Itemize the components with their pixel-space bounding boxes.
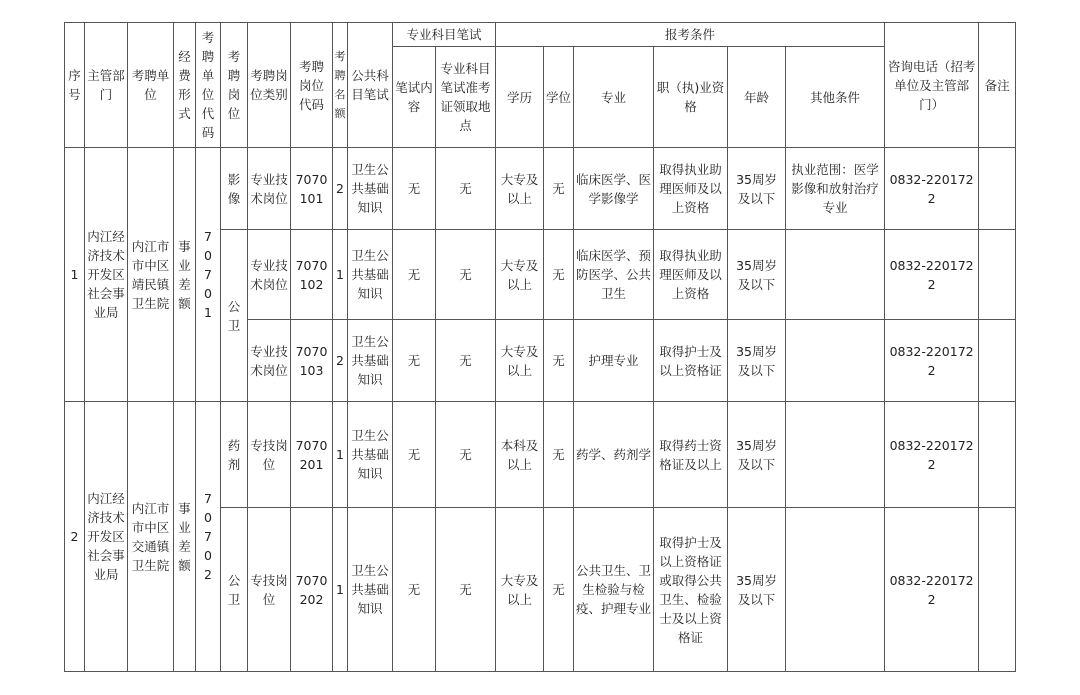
cell-position: 药剂 bbox=[221, 402, 248, 508]
cell-age: 35周岁及以下 bbox=[728, 148, 786, 230]
cell-position: 公卫 bbox=[221, 508, 248, 672]
cell-seq: 1 bbox=[65, 148, 85, 402]
cell-position-code: 7070201 bbox=[291, 402, 333, 508]
cell-major: 药学、药剂学 bbox=[574, 402, 654, 508]
cell-other: 执业范围：医学影像和放射治疗专业 bbox=[786, 148, 885, 230]
cell-other bbox=[786, 230, 885, 320]
cell-phone: 0832-2201722 bbox=[885, 230, 979, 320]
cell-public-exam: 卫生公共基础知识 bbox=[348, 508, 393, 672]
cell-education: 大专及以上 bbox=[496, 230, 544, 320]
cell-major: 公共卫生、卫生检验与检疫、护理专业 bbox=[574, 508, 654, 672]
cell-qualification: 取得护士及以上资格证或取得公共卫生、检验士及以上资格证 bbox=[654, 508, 728, 672]
cell-position: 公卫 bbox=[221, 230, 248, 402]
cell-quota: 2 bbox=[333, 148, 348, 230]
cell-major: 护理专业 bbox=[574, 320, 654, 402]
recruitment-table: 序号 主管部门 考聘单位 经费形式 考聘单位代码 考聘岗位 考聘岗位类别 考聘岗… bbox=[64, 22, 1016, 672]
cell-phone: 0832-2201722 bbox=[885, 508, 979, 672]
header-exam-ticket: 专业科目笔试准考证领取地点 bbox=[436, 47, 496, 148]
cell-qualification: 取得药士资格证及以上 bbox=[654, 402, 728, 508]
cell-position: 影像 bbox=[221, 148, 248, 230]
cell-degree: 无 bbox=[544, 320, 574, 402]
cell-age: 35周岁及以下 bbox=[728, 230, 786, 320]
header-phone: 咨询电话（招考单位及主管部门） bbox=[885, 23, 979, 148]
cell-education: 本科及以上 bbox=[496, 402, 544, 508]
cell-exam-content: 无 bbox=[393, 508, 436, 672]
cell-dept: 内江经济技术开发区社会事业局 bbox=[85, 402, 128, 672]
cell-quota: 1 bbox=[333, 402, 348, 508]
cell-education: 大专及以上 bbox=[496, 508, 544, 672]
table-row: 2 内江经济技术开发区社会事业局 内江市市中区交通镇卫生院 事业差额 70702… bbox=[65, 402, 1016, 508]
cell-age: 35周岁及以下 bbox=[728, 320, 786, 402]
cell-exam-content: 无 bbox=[393, 320, 436, 402]
cell-position-type: 专业技术岗位 bbox=[248, 320, 291, 402]
cell-position-type: 专业技术岗位 bbox=[248, 148, 291, 230]
cell-unit-code: 70702 bbox=[196, 402, 221, 672]
header-position-code: 考聘岗位代码 bbox=[291, 23, 333, 148]
cell-exam-content: 无 bbox=[393, 402, 436, 508]
cell-dept: 内江经济技术开发区社会事业局 bbox=[85, 148, 128, 402]
cell-unit: 内江市市中区靖民镇卫生院 bbox=[128, 148, 174, 402]
cell-position-code: 7070202 bbox=[291, 508, 333, 672]
cell-degree: 无 bbox=[544, 148, 574, 230]
cell-position-type: 专技岗位 bbox=[248, 508, 291, 672]
cell-public-exam: 卫生公共基础知识 bbox=[348, 148, 393, 230]
cell-position-type: 专技岗位 bbox=[248, 402, 291, 508]
header-qualification: 职（执)业资格 bbox=[654, 47, 728, 148]
cell-qualification: 取得护士及以上资格证 bbox=[654, 320, 728, 402]
cell-funding: 事业差额 bbox=[174, 402, 196, 672]
cell-ticket: 无 bbox=[436, 230, 496, 320]
cell-ticket: 无 bbox=[436, 402, 496, 508]
cell-qualification: 取得执业助理医师及以上资格 bbox=[654, 148, 728, 230]
cell-ticket: 无 bbox=[436, 320, 496, 402]
cell-remark bbox=[979, 230, 1016, 320]
header-unit-code: 考聘单位代码 bbox=[196, 23, 221, 148]
cell-other bbox=[786, 508, 885, 672]
cell-public-exam: 卫生公共基础知识 bbox=[348, 230, 393, 320]
cell-major: 临床医学、预防医学、公共卫生 bbox=[574, 230, 654, 320]
cell-ticket: 无 bbox=[436, 148, 496, 230]
cell-education: 大专及以上 bbox=[496, 320, 544, 402]
header-degree: 学位 bbox=[544, 47, 574, 148]
header-quota: 考聘名额 bbox=[333, 23, 348, 148]
cell-other bbox=[786, 402, 885, 508]
cell-unit-code: 70701 bbox=[196, 148, 221, 402]
cell-degree: 无 bbox=[544, 402, 574, 508]
header-prof-exam-group: 专业科目笔试 bbox=[393, 23, 496, 47]
header-major: 专业 bbox=[574, 47, 654, 148]
cell-degree: 无 bbox=[544, 508, 574, 672]
header-position-type: 考聘岗位类别 bbox=[248, 23, 291, 148]
cell-position-type: 专业技术岗位 bbox=[248, 230, 291, 320]
header-exam-content: 笔试内容 bbox=[393, 47, 436, 148]
header-conditions-group: 报考条件 bbox=[496, 23, 885, 47]
cell-position-code: 7070101 bbox=[291, 148, 333, 230]
cell-qualification: 取得执业助理医师及以上资格 bbox=[654, 230, 728, 320]
header-position: 考聘岗位 bbox=[221, 23, 248, 148]
header-age: 年龄 bbox=[728, 47, 786, 148]
cell-quota: 1 bbox=[333, 230, 348, 320]
header-row-1: 序号 主管部门 考聘单位 经费形式 考聘单位代码 考聘岗位 考聘岗位类别 考聘岗… bbox=[65, 23, 1016, 47]
cell-seq: 2 bbox=[65, 402, 85, 672]
header-other: 其他条件 bbox=[786, 47, 885, 148]
cell-degree: 无 bbox=[544, 230, 574, 320]
cell-position-code: 7070102 bbox=[291, 230, 333, 320]
cell-position-code: 7070103 bbox=[291, 320, 333, 402]
header-seq: 序号 bbox=[65, 23, 85, 148]
cell-ticket: 无 bbox=[436, 508, 496, 672]
header-education: 学历 bbox=[496, 47, 544, 148]
cell-public-exam: 卫生公共基础知识 bbox=[348, 402, 393, 508]
cell-quota: 2 bbox=[333, 320, 348, 402]
cell-exam-content: 无 bbox=[393, 230, 436, 320]
cell-age: 35周岁及以下 bbox=[728, 508, 786, 672]
cell-education: 大专及以上 bbox=[496, 148, 544, 230]
cell-age: 35周岁及以下 bbox=[728, 402, 786, 508]
cell-unit: 内江市市中区交通镇卫生院 bbox=[128, 402, 174, 672]
cell-exam-content: 无 bbox=[393, 148, 436, 230]
table-row: 1 内江经济技术开发区社会事业局 内江市市中区靖民镇卫生院 事业差额 70701… bbox=[65, 148, 1016, 230]
cell-phone: 0832-2201722 bbox=[885, 148, 979, 230]
cell-remark bbox=[979, 320, 1016, 402]
header-funding: 经费形式 bbox=[174, 23, 196, 148]
cell-funding: 事业差额 bbox=[174, 148, 196, 402]
cell-phone: 0832-2201722 bbox=[885, 320, 979, 402]
header-remark: 备注 bbox=[979, 23, 1016, 148]
cell-quota: 1 bbox=[333, 508, 348, 672]
cell-public-exam: 卫生公共基础知识 bbox=[348, 320, 393, 402]
cell-other bbox=[786, 320, 885, 402]
cell-remark bbox=[979, 508, 1016, 672]
cell-major: 临床医学、医学影像学 bbox=[574, 148, 654, 230]
cell-remark bbox=[979, 148, 1016, 230]
header-dept: 主管部门 bbox=[85, 23, 128, 148]
header-public-exam: 公共科目笔试 bbox=[348, 23, 393, 148]
cell-remark bbox=[979, 402, 1016, 508]
header-unit: 考聘单位 bbox=[128, 23, 174, 148]
cell-phone: 0832-2201722 bbox=[885, 402, 979, 508]
